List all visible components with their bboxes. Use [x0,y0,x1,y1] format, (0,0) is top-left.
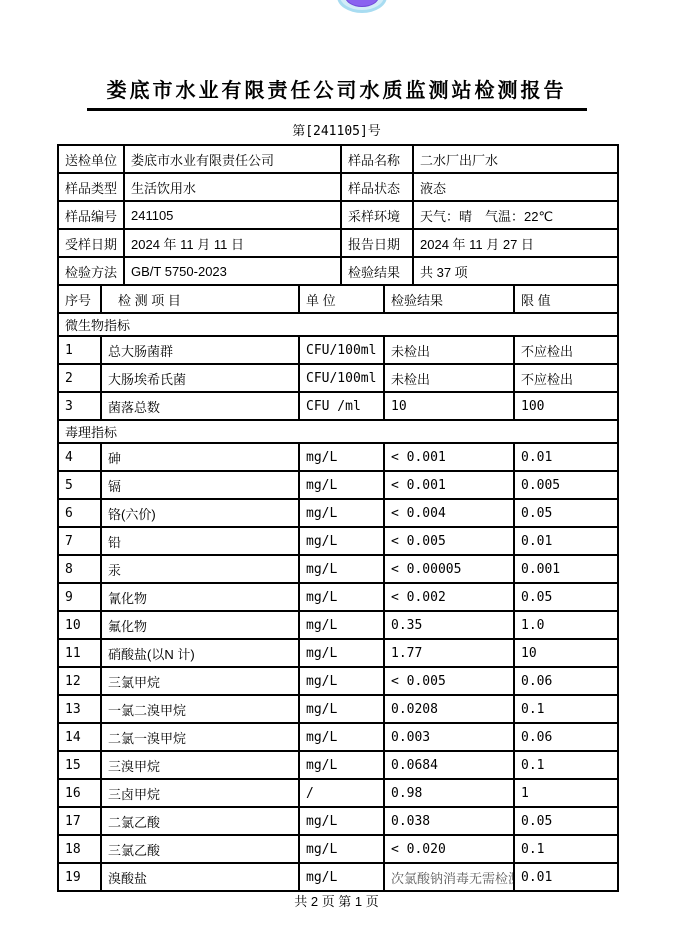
info-label: 样品名称 [341,145,413,173]
cell-result: < 0.004 [384,499,514,527]
cell-item: 大肠埃希氏菌 [101,364,299,392]
info-label: 报告日期 [341,229,413,257]
cell-seq: 9 [58,583,101,611]
result-row: 13一氯二溴甲烷mg/L0.02080.1 [58,695,618,723]
cell-result: 0.0684 [384,751,514,779]
cell-unit: mg/L [299,667,384,695]
results-body: 微生物指标1总大肠菌群CFU/100ml未检出不应检出2大肠埃希氏菌CFU/10… [58,313,618,891]
cell-unit: mg/L [299,443,384,471]
section-title: 微生物指标 [58,313,618,336]
cell-item: 氰化物 [101,583,299,611]
section-row: 微生物指标 [58,313,618,336]
cell-item: 菌落总数 [101,392,299,420]
cell-item: 二氯一溴甲烷 [101,723,299,751]
cell-limit: 0.06 [514,667,618,695]
cell-seq: 16 [58,779,101,807]
cell-limit: 1.0 [514,611,618,639]
cell-limit: 0.005 [514,471,618,499]
info-value: 2024 年 11 月 27 日 [413,229,618,257]
info-label: 送检单位 [58,145,124,173]
report-number: 第[241105]号 [0,120,673,139]
cell-result: 未检出 [384,364,514,392]
info-row: 样品编号241105采样环境天气：晴 气温：22℃ [58,201,618,229]
cell-seq: 5 [58,471,101,499]
cell-item: 三溴甲烷 [101,751,299,779]
result-row: 12三氯甲烷mg/L< 0.0050.06 [58,667,618,695]
cell-unit: mg/L [299,639,384,667]
cell-unit: / [299,779,384,807]
cell-limit: 0.05 [514,583,618,611]
cell-item: 一氯二溴甲烷 [101,695,299,723]
column-header-result: 检验结果 [384,285,514,313]
cell-limit: 不应检出 [514,336,618,364]
info-label: 检验结果 [341,257,413,285]
result-row: 17二氯乙酸mg/L0.0380.05 [58,807,618,835]
cell-item: 二氯乙酸 [101,807,299,835]
cell-result: 1.77 [384,639,514,667]
cell-item: 氟化物 [101,611,299,639]
result-row: 10氟化物mg/L0.351.0 [58,611,618,639]
result-row: 9氰化物mg/L< 0.0020.05 [58,583,618,611]
cell-result: < 0.002 [384,583,514,611]
cell-seq: 6 [58,499,101,527]
cell-unit: mg/L [299,471,384,499]
cell-result: 0.98 [384,779,514,807]
cell-result: 0.038 [384,807,514,835]
info-label: 样品状态 [341,173,413,201]
cell-seq: 8 [58,555,101,583]
column-header-no: 序号 [58,285,101,313]
cell-seq: 7 [58,527,101,555]
cell-seq: 2 [58,364,101,392]
result-row: 16三卤甲烷/0.981 [58,779,618,807]
result-row: 14二氯一溴甲烷mg/L0.0030.06 [58,723,618,751]
cell-result: < 0.00005 [384,555,514,583]
result-row: 11硝酸盐(以N 计)mg/L1.7710 [58,639,618,667]
result-row: 4砷mg/L< 0.0010.01 [58,443,618,471]
cell-unit: mg/L [299,527,384,555]
cell-unit: mg/L [299,723,384,751]
cell-seq: 3 [58,392,101,420]
result-row: 3菌落总数CFU /ml10100 [58,392,618,420]
cell-seq: 10 [58,611,101,639]
cell-limit: 不应检出 [514,364,618,392]
results-header: 序号检 测 项 目单 位检验结果限 值 [58,285,618,313]
cell-limit: 0.001 [514,555,618,583]
page-footer: 共 2 页 第 1 页 [0,891,673,910]
cell-result: 0.003 [384,723,514,751]
sample-info-table: 送检单位娄底市水业有限责任公司样品名称二水厂出厂水样品类型生活饮用水样品状态液态… [57,144,619,286]
report-document: 娄底市水业有限责任公司水质监测站检测报告 第[241105]号 送检单位娄底市水… [0,74,673,892]
cell-seq: 19 [58,863,101,891]
cell-result: 次氯酸钠消毒无需检测 [384,863,514,891]
cell-result: < 0.001 [384,443,514,471]
cell-limit: 0.05 [514,499,618,527]
results-header-row: 序号检 测 项 目单 位检验结果限 值 [58,285,618,313]
cell-seq: 17 [58,807,101,835]
cell-unit: mg/L [299,807,384,835]
cell-item: 铬(六价) [101,499,299,527]
info-value: 液态 [413,173,618,201]
column-header-unit: 单 位 [299,285,384,313]
cell-result: < 0.005 [384,667,514,695]
cell-unit: mg/L [299,751,384,779]
cell-limit: 0.1 [514,695,618,723]
cell-unit: mg/L [299,835,384,863]
cell-limit: 0.1 [514,835,618,863]
cell-limit: 10 [514,639,618,667]
info-value: 共 37 项 [413,257,618,285]
result-row: 7铅mg/L< 0.0050.01 [58,527,618,555]
report-title: 娄底市水业有限责任公司水质监测站检测报告 [87,74,587,111]
info-value: GB/T 5750-2023 [124,257,341,285]
result-row: 15三溴甲烷mg/L0.06840.1 [58,751,618,779]
cell-item: 三氯乙酸 [101,835,299,863]
cell-limit: 1 [514,779,618,807]
cell-unit: mg/L [299,583,384,611]
cell-unit: mg/L [299,863,384,891]
info-row: 受样日期2024 年 11 月 11 日报告日期2024 年 11 月 27 日 [58,229,618,257]
cell-unit: CFU/100ml [299,336,384,364]
cell-unit: mg/L [299,499,384,527]
cell-seq: 14 [58,723,101,751]
cell-item: 溴酸盐 [101,863,299,891]
cell-unit: CFU /ml [299,392,384,420]
cell-item: 铅 [101,527,299,555]
cell-item: 汞 [101,555,299,583]
cell-result: 未检出 [384,336,514,364]
sample-info-body: 送检单位娄底市水业有限责任公司样品名称二水厂出厂水样品类型生活饮用水样品状态液态… [58,145,618,285]
cell-seq: 1 [58,336,101,364]
result-row: 5镉mg/L< 0.0010.005 [58,471,618,499]
cell-unit: CFU/100ml [299,364,384,392]
cell-limit: 0.01 [514,527,618,555]
cell-unit: mg/L [299,611,384,639]
cell-seq: 13 [58,695,101,723]
cell-result: 0.35 [384,611,514,639]
section-row: 毒理指标 [58,420,618,443]
info-label: 样品编号 [58,201,124,229]
info-row: 样品类型生活饮用水样品状态液态 [58,173,618,201]
cell-item: 三氯甲烷 [101,667,299,695]
cell-item: 总大肠菌群 [101,336,299,364]
result-row: 6铬(六价)mg/L< 0.0040.05 [58,499,618,527]
cell-limit: 100 [514,392,618,420]
cell-limit: 0.01 [514,863,618,891]
cell-unit: mg/L [299,555,384,583]
info-row: 送检单位娄底市水业有限责任公司样品名称二水厂出厂水 [58,145,618,173]
result-row: 1总大肠菌群CFU/100ml未检出不应检出 [58,336,618,364]
cell-limit: 0.01 [514,443,618,471]
cell-seq: 12 [58,667,101,695]
result-row: 18三氯乙酸mg/L< 0.0200.1 [58,835,618,863]
result-row: 19溴酸盐mg/L次氯酸钠消毒无需检测0.01 [58,863,618,891]
info-value: 天气：晴 气温：22℃ [413,201,618,229]
cell-limit: 0.05 [514,807,618,835]
cell-result: 0.0208 [384,695,514,723]
info-label: 受样日期 [58,229,124,257]
column-header-limit: 限 值 [514,285,618,313]
info-label: 采样环境 [341,201,413,229]
info-row: 检验方法GB/T 5750-2023检验结果共 37 项 [58,257,618,285]
cell-result: < 0.001 [384,471,514,499]
cell-unit: mg/L [299,695,384,723]
info-value: 241105 [124,201,341,229]
cell-seq: 15 [58,751,101,779]
info-value: 娄底市水业有限责任公司 [124,145,341,173]
cell-limit: 0.06 [514,723,618,751]
cell-item: 镉 [101,471,299,499]
result-row: 8汞mg/L< 0.000050.001 [58,555,618,583]
cell-result: 10 [384,392,514,420]
cell-item: 砷 [101,443,299,471]
cell-seq: 4 [58,443,101,471]
column-header-item: 检 测 项 目 [101,285,299,313]
cell-item: 三卤甲烷 [101,779,299,807]
cell-item: 硝酸盐(以N 计) [101,639,299,667]
cell-result: < 0.005 [384,527,514,555]
info-label: 检验方法 [58,257,124,285]
info-value: 二水厂出厂水 [413,145,618,173]
cell-result: < 0.020 [384,835,514,863]
info-value: 生活饮用水 [124,173,341,201]
result-row: 2大肠埃希氏菌CFU/100ml未检出不应检出 [58,364,618,392]
info-value: 2024 年 11 月 11 日 [124,229,341,257]
section-title: 毒理指标 [58,420,618,443]
cell-seq: 11 [58,639,101,667]
cell-seq: 18 [58,835,101,863]
title-row: 娄底市水业有限责任公司水质监测站检测报告 [0,74,673,111]
info-label: 样品类型 [58,173,124,201]
results-table: 序号检 测 项 目单 位检验结果限 值 微生物指标1总大肠菌群CFU/100ml… [57,284,619,892]
cell-limit: 0.1 [514,751,618,779]
